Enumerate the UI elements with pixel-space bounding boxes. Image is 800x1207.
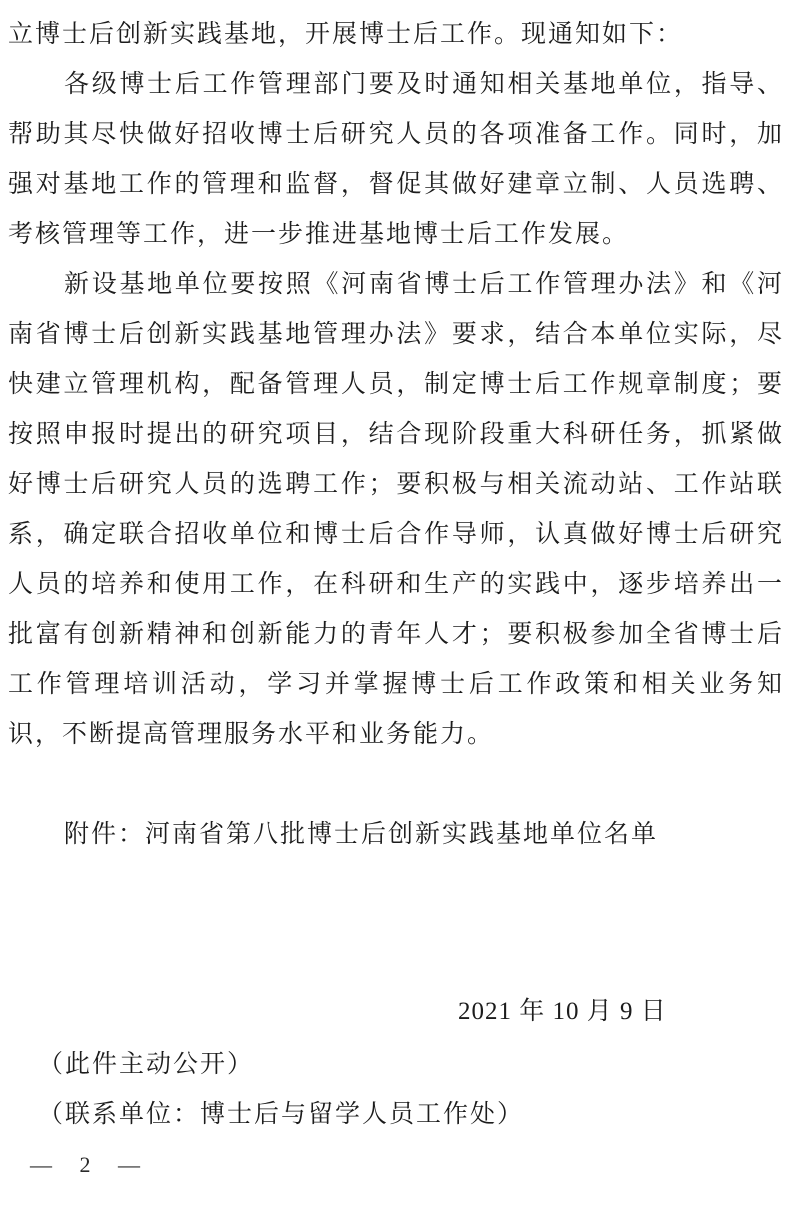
page-number: — 2 — <box>30 1150 144 1180</box>
body-text-line: 考核管理等工作，进一步推进基地博士后工作发展。 <box>8 210 784 260</box>
blank-line <box>8 760 784 810</box>
body-text-line: 立博士后创新实践基地，开展博士后工作。现通知如下： <box>8 10 784 60</box>
body-text-line: 工作管理培训活动，学习并掌握博士后工作政策和相关业务知 <box>8 660 784 710</box>
body-text-line: 新设基地单位要按照《河南省博士后工作管理办法》和《河 <box>8 260 784 310</box>
document-page: 立博士后创新实践基地，开展博士后工作。现通知如下：各级博士后工作管理部门要及时通… <box>0 0 800 1207</box>
note-contact-unit: （联系单位：博士后与留学人员工作处） <box>38 1098 524 1132</box>
body-text-line: 帮助其尽快做好招收博士后研究人员的各项准备工作。同时，加 <box>8 110 784 160</box>
body-text-line: 强对基地工作的管理和监督，督促其做好建章立制、人员选聘、 <box>8 160 784 210</box>
body-text-line: 附件：河南省第八批博士后创新实践基地单位名单 <box>8 810 784 860</box>
body-text-line: 识，不断提高管理服务水平和业务能力。 <box>8 710 784 760</box>
document-body: 立博士后创新实践基地，开展博士后工作。现通知如下：各级博士后工作管理部门要及时通… <box>8 10 784 860</box>
date-line: 2021 年 10 月 9 日 <box>458 995 667 1029</box>
body-text-line: 按照申报时提出的研究项目，结合现阶段重大科研任务，抓紧做 <box>8 410 784 460</box>
body-lines: 立博士后创新实践基地，开展博士后工作。现通知如下：各级博士后工作管理部门要及时通… <box>8 10 784 860</box>
body-text-line: 批富有创新精神和创新能力的青年人才；要积极参加全省博士后 <box>8 610 784 660</box>
body-text-line: 各级博士后工作管理部门要及时通知相关基地单位，指导、 <box>8 60 784 110</box>
body-text-line: 人员的培养和使用工作，在科研和生产的实践中，逐步培养出一 <box>8 560 784 610</box>
note-public-disclosure: （此件主动公开） <box>38 1048 254 1082</box>
body-text-line: 好博士后研究人员的选聘工作；要积极与相关流动站、工作站联 <box>8 460 784 510</box>
body-text-line: 系，确定联合招收单位和博士后合作导师，认真做好博士后研究 <box>8 510 784 560</box>
body-text-line: 南省博士后创新实践基地管理办法》要求，结合本单位实际，尽 <box>8 310 784 360</box>
body-text-line: 快建立管理机构，配备管理人员，制定博士后工作规章制度；要 <box>8 360 784 410</box>
